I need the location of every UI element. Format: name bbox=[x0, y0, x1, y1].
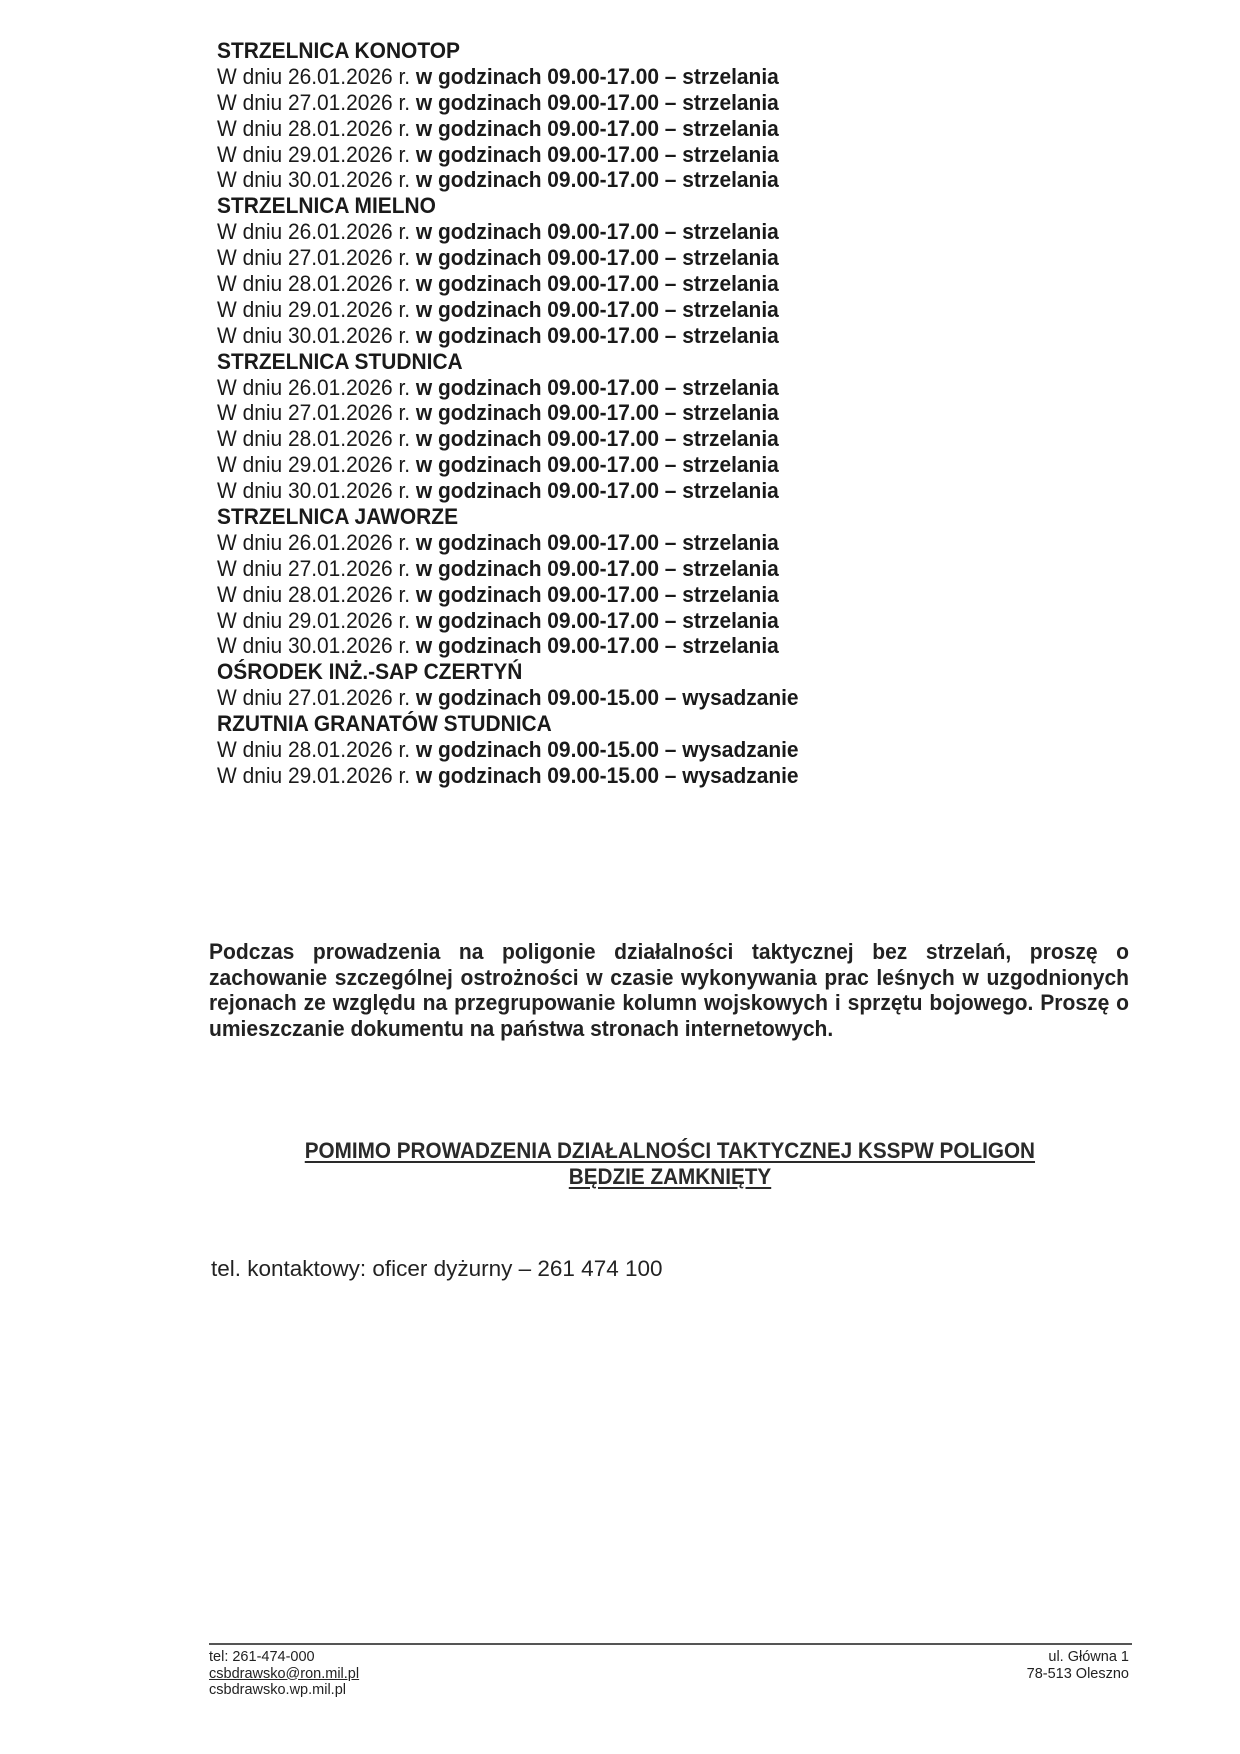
schedule-entry: W dniu 26.01.2026 r. w godzinach 09.00-1… bbox=[217, 375, 961, 401]
notice-paragraph: Podczas prowadzenia na poligonie działal… bbox=[209, 939, 1129, 1041]
schedule-entry: W dniu 26.01.2026 r. w godzinach 09.00-1… bbox=[217, 219, 961, 245]
schedule-entry: W dniu 28.01.2026 r. w godzinach 09.00-1… bbox=[217, 582, 961, 608]
entry-date: W dniu 29.01.2026 r. bbox=[217, 452, 416, 477]
closure-warning-line-2: BĘDZIE ZAMKNIĘTY bbox=[569, 1164, 771, 1190]
schedule-entry: W dniu 30.01.2026 r. w godzinach 09.00-1… bbox=[217, 633, 961, 659]
schedule-entry: W dniu 29.01.2026 r. w godzinach 09.00-1… bbox=[217, 452, 961, 478]
schedule-entry: W dniu 28.01.2026 r. w godzinach 09.00-1… bbox=[217, 116, 961, 142]
entry-date: W dniu 30.01.2026 r. bbox=[217, 167, 416, 192]
entry-hours-activity: w godzinach 09.00-17.00 – strzelania bbox=[416, 582, 779, 607]
entry-hours-activity: w godzinach 09.00-17.00 – strzelania bbox=[416, 478, 779, 503]
schedule-entry: W dniu 28.01.2026 r. w godzinach 09.00-1… bbox=[217, 271, 961, 297]
schedule-entry: W dniu 26.01.2026 r. w godzinach 09.00-1… bbox=[217, 64, 961, 90]
notice-text: Podczas prowadzenia na poligonie działal… bbox=[209, 939, 1129, 1041]
entry-hours-activity: w godzinach 09.00-17.00 – strzelania bbox=[416, 633, 779, 658]
schedule-entry: W dniu 29.01.2026 r. w godzinach 09.00-1… bbox=[217, 142, 961, 168]
schedule-entry: W dniu 28.01.2026 r. w godzinach 09.00-1… bbox=[217, 426, 961, 452]
range-heading: STRZELNICA MIELNO bbox=[217, 193, 961, 219]
entry-date: W dniu 26.01.2026 r. bbox=[217, 219, 416, 244]
entry-hours-activity: w godzinach 09.00-17.00 – strzelania bbox=[416, 142, 779, 167]
entry-hours-activity: w godzinach 09.00-17.00 – strzelania bbox=[416, 323, 779, 348]
schedule-entry: W dniu 28.01.2026 r. w godzinach 09.00-1… bbox=[217, 737, 961, 763]
footer-website[interactable]: csbdrawsko.wp.mil.pl bbox=[209, 1682, 359, 1699]
range-heading: OŚRODEK INŻ.-SAP CZERTYŃ bbox=[217, 659, 961, 685]
entry-hours-activity: w godzinach 09.00-17.00 – strzelania bbox=[416, 90, 779, 115]
schedule-entry: W dniu 30.01.2026 r. w godzinach 09.00-1… bbox=[217, 478, 961, 504]
schedule-entry: W dniu 27.01.2026 r. w godzinach 09.00-1… bbox=[217, 90, 961, 116]
entry-hours-activity: w godzinach 09.00-17.00 – strzelania bbox=[416, 556, 779, 581]
range-heading: STRZELNICA JAWORZE bbox=[217, 504, 961, 530]
entry-date: W dniu 28.01.2026 r. bbox=[217, 582, 416, 607]
closure-warning-line-1: POMIMO PROWADZENIA DZIAŁALNOŚCI TAKTYCZN… bbox=[305, 1138, 1035, 1164]
entry-date: W dniu 26.01.2026 r. bbox=[217, 375, 416, 400]
entry-hours-activity: w godzinach 09.00-17.00 – strzelania bbox=[416, 245, 779, 270]
schedule-entry: W dniu 27.01.2026 r. w godzinach 09.00-1… bbox=[217, 245, 961, 271]
entry-hours-activity: w godzinach 09.00-17.00 – strzelania bbox=[416, 219, 779, 244]
closure-warning: POMIMO PROWADZENIA DZIAŁALNOŚCI TAKTYCZN… bbox=[200, 1138, 1140, 1190]
entry-hours-activity: w godzinach 09.00-17.00 – strzelania bbox=[416, 116, 779, 141]
entry-date: W dniu 28.01.2026 r. bbox=[217, 271, 416, 296]
schedule-entry: W dniu 29.01.2026 r. w godzinach 09.00-1… bbox=[217, 763, 961, 789]
range-heading: STRZELNICA STUDNICA bbox=[217, 349, 961, 375]
entry-hours-activity: w godzinach 09.00-17.00 – strzelania bbox=[416, 271, 779, 296]
entry-date: W dniu 30.01.2026 r. bbox=[217, 478, 416, 503]
footer-street: ul. Główna 1 bbox=[1027, 1649, 1129, 1666]
footer-address: ul. Główna 1 78-513 Oleszno bbox=[1027, 1649, 1129, 1682]
entry-hours-activity: w godzinach 09.00-17.00 – strzelania bbox=[416, 608, 779, 633]
schedule-entry: W dniu 29.01.2026 r. w godzinach 09.00-1… bbox=[217, 297, 961, 323]
entry-hours-activity: w godzinach 09.00-17.00 – strzelania bbox=[416, 426, 779, 451]
schedule-entry: W dniu 29.01.2026 r. w godzinach 09.00-1… bbox=[217, 608, 961, 634]
entry-hours-activity: w godzinach 09.00-15.00 – wysadzanie bbox=[416, 737, 799, 762]
entry-hours-activity: w godzinach 09.00-17.00 – strzelania bbox=[416, 297, 779, 322]
entry-date: W dniu 27.01.2026 r. bbox=[217, 685, 416, 710]
footer-phone: tel: 261-474-000 bbox=[209, 1649, 359, 1666]
schedule-entry: W dniu 27.01.2026 r. w godzinach 09.00-1… bbox=[217, 400, 961, 426]
range-heading: STRZELNICA KONOTOP bbox=[217, 38, 961, 64]
footer-contact: tel: 261-474-000 csbdrawsko@ron.mil.pl c… bbox=[209, 1649, 359, 1699]
schedule-entry: W dniu 27.01.2026 r. w godzinach 09.00-1… bbox=[217, 685, 961, 711]
contact-phone: tel. kontaktowy: oficer dyżurny – 261 47… bbox=[211, 1256, 663, 1282]
entry-date: W dniu 29.01.2026 r. bbox=[217, 297, 416, 322]
schedule-entry: W dniu 27.01.2026 r. w godzinach 09.00-1… bbox=[217, 556, 961, 582]
entry-hours-activity: w godzinach 09.00-15.00 – wysadzanie bbox=[416, 763, 799, 788]
entry-hours-activity: w godzinach 09.00-17.00 – strzelania bbox=[416, 530, 779, 555]
entry-date: W dniu 29.01.2026 r. bbox=[217, 142, 416, 167]
entry-date: W dniu 26.01.2026 r. bbox=[217, 530, 416, 555]
entry-date: W dniu 27.01.2026 r. bbox=[217, 556, 416, 581]
footer-email-link[interactable]: csbdrawsko@ron.mil.pl bbox=[209, 1666, 359, 1683]
schedule-entry: W dniu 30.01.2026 r. w godzinach 09.00-1… bbox=[217, 167, 961, 193]
entry-hours-activity: w godzinach 09.00-17.00 – strzelania bbox=[416, 167, 779, 192]
entry-date: W dniu 27.01.2026 r. bbox=[217, 245, 416, 270]
entry-hours-activity: w godzinach 09.00-17.00 – strzelania bbox=[416, 452, 779, 477]
entry-date: W dniu 27.01.2026 r. bbox=[217, 400, 416, 425]
entry-hours-activity: w godzinach 09.00-17.00 – strzelania bbox=[416, 64, 779, 89]
footer-divider bbox=[209, 1643, 1132, 1645]
entry-hours-activity: w godzinach 09.00-17.00 – strzelania bbox=[416, 375, 779, 400]
footer-city: 78-513 Oleszno bbox=[1027, 1666, 1129, 1683]
schedule-entry: W dniu 30.01.2026 r. w godzinach 09.00-1… bbox=[217, 323, 961, 349]
schedule-entry: W dniu 26.01.2026 r. w godzinach 09.00-1… bbox=[217, 530, 961, 556]
entry-date: W dniu 26.01.2026 r. bbox=[217, 64, 416, 89]
entry-date: W dniu 28.01.2026 r. bbox=[217, 116, 416, 141]
entry-date: W dniu 28.01.2026 r. bbox=[217, 737, 416, 762]
entry-date: W dniu 28.01.2026 r. bbox=[217, 426, 416, 451]
entry-date: W dniu 27.01.2026 r. bbox=[217, 90, 416, 115]
entry-date: W dniu 29.01.2026 r. bbox=[217, 763, 416, 788]
entry-date: W dniu 30.01.2026 r. bbox=[217, 633, 416, 658]
entry-date: W dniu 29.01.2026 r. bbox=[217, 608, 416, 633]
schedule-list: STRZELNICA KONOTOPW dniu 26.01.2026 r. w… bbox=[217, 38, 1017, 789]
range-heading: RZUTNIA GRANATÓW STUDNICA bbox=[217, 711, 961, 737]
entry-hours-activity: w godzinach 09.00-15.00 – wysadzanie bbox=[416, 685, 799, 710]
entry-date: W dniu 30.01.2026 r. bbox=[217, 323, 416, 348]
entry-hours-activity: w godzinach 09.00-17.00 – strzelania bbox=[416, 400, 779, 425]
